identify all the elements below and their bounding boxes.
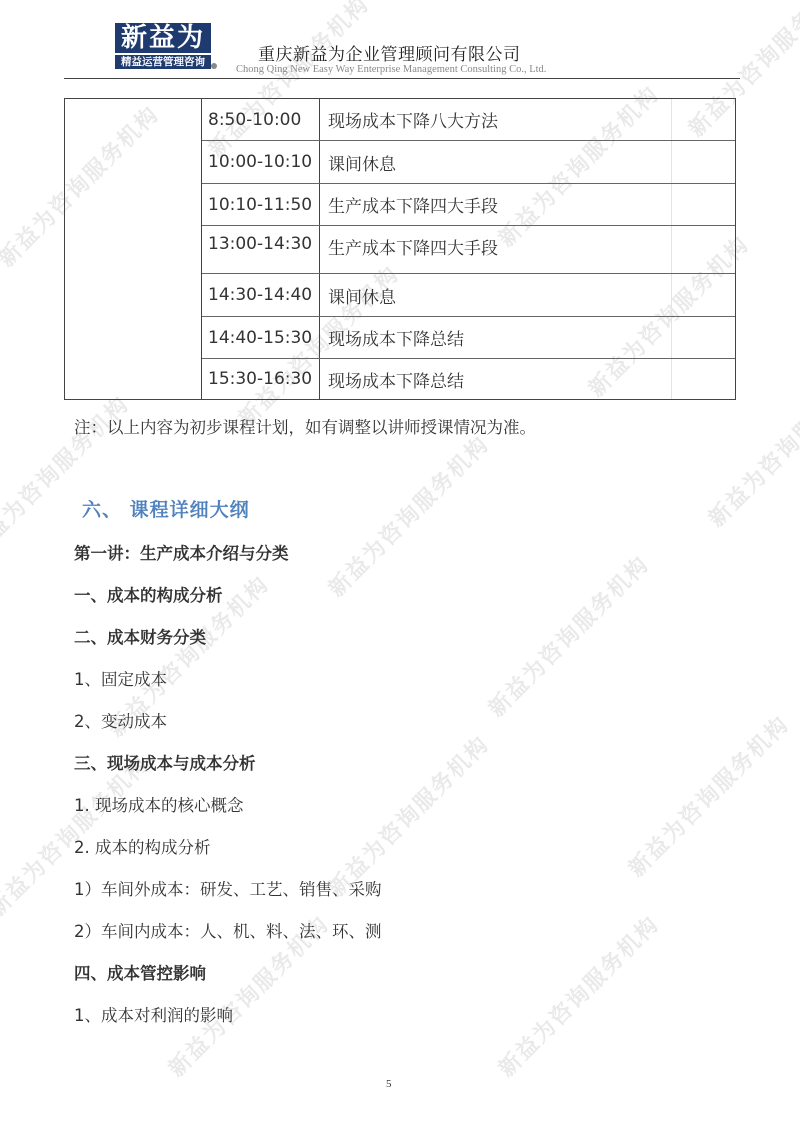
outline-heading: 四、成本管控影响	[74, 960, 206, 984]
table-row: 14:30-14:40 课间休息	[202, 274, 735, 317]
page-header: 新益为 精益运营管理咨询 重庆新益为企业管理顾问有限公司 Chong Qing …	[0, 0, 800, 80]
time-cell: 15:30-16:30	[202, 359, 320, 399]
outline-heading: 一、成本的构成分析	[74, 582, 223, 606]
topic-cell: 课间休息	[328, 141, 396, 183]
outline-item: 1、成本对利润的影响	[74, 1002, 233, 1026]
outline-item: 2. 成本的构成分析	[74, 834, 211, 858]
time-cell: 14:30-14:40	[202, 274, 320, 316]
outline-item: 1、固定成本	[74, 666, 167, 690]
table-merged-cell	[65, 99, 202, 399]
table-row: 15:30-16:30 现场成本下降总结	[202, 359, 735, 399]
time-cell: 13:00-14:30	[202, 226, 320, 273]
company-logo: 新益为 精益运营管理咨询	[115, 23, 211, 71]
outline-item: 1. 现场成本的核心概念	[74, 792, 244, 816]
table-row: 14:40-15:30 现场成本下降总结	[202, 317, 735, 359]
outline-heading: 三、现场成本与成本分析	[74, 750, 256, 774]
time-cell: 10:00-10:10	[202, 141, 320, 183]
header-divider	[64, 78, 740, 79]
topic-cell: 现场成本下降总结	[328, 359, 464, 399]
topic-cell: 课间休息	[328, 274, 396, 316]
outline-lecture-title: 第一讲：生产成本介绍与分类	[74, 540, 289, 564]
schedule-note: 注：以上内容为初步课程计划，如有调整以讲师授课情况为准。	[74, 414, 536, 438]
table-row: 10:10-11:50 生产成本下降四大手段	[202, 184, 735, 226]
logo-dot-icon	[211, 63, 217, 69]
watermark: 新益为咨询服务机构	[481, 548, 656, 723]
time-cell: 10:10-11:50	[202, 184, 320, 225]
outline-item: 1）车间外成本：研发、工艺、销售、采购	[74, 876, 382, 900]
page-number: 5	[386, 1078, 392, 1090]
logo-main-text: 新益为	[115, 23, 211, 53]
company-name-en: Chong Qing New Easy Way Enterprise Manag…	[236, 64, 546, 75]
section-heading: 六、 课程详细大纲	[82, 495, 250, 522]
schedule-table: 8:50-10:00 现场成本下降八大方法 10:00-10:10 课间休息 1…	[64, 98, 736, 400]
table-row: 13:00-14:30 生产成本下降四大手段	[202, 226, 735, 274]
company-name-cn: 重庆新益为企业管理顾问有限公司	[258, 40, 521, 65]
outline-item: 2）车间内成本：人、机、料、法、环、测	[74, 918, 382, 942]
watermark: 新益为咨询服务机构	[491, 908, 666, 1083]
topic-cell: 现场成本下降总结	[328, 317, 464, 358]
logo-sub-text: 精益运营管理咨询	[115, 55, 211, 69]
watermark: 新益为咨询服务机构	[321, 428, 496, 603]
topic-cell: 生产成本下降四大手段	[328, 184, 498, 225]
time-cell: 8:50-10:00	[202, 99, 320, 140]
topic-cell: 生产成本下降四大手段	[328, 226, 498, 281]
outline-item: 2、变动成本	[74, 708, 167, 732]
outline-heading: 二、成本财务分类	[74, 624, 206, 648]
topic-cell: 现场成本下降八大方法	[328, 99, 498, 140]
table-row: 8:50-10:00 现场成本下降八大方法	[202, 99, 735, 141]
watermark: 新益为咨询服务机构	[621, 708, 796, 883]
time-cell: 14:40-15:30	[202, 317, 320, 358]
table-row: 10:00-10:10 课间休息	[202, 141, 735, 184]
